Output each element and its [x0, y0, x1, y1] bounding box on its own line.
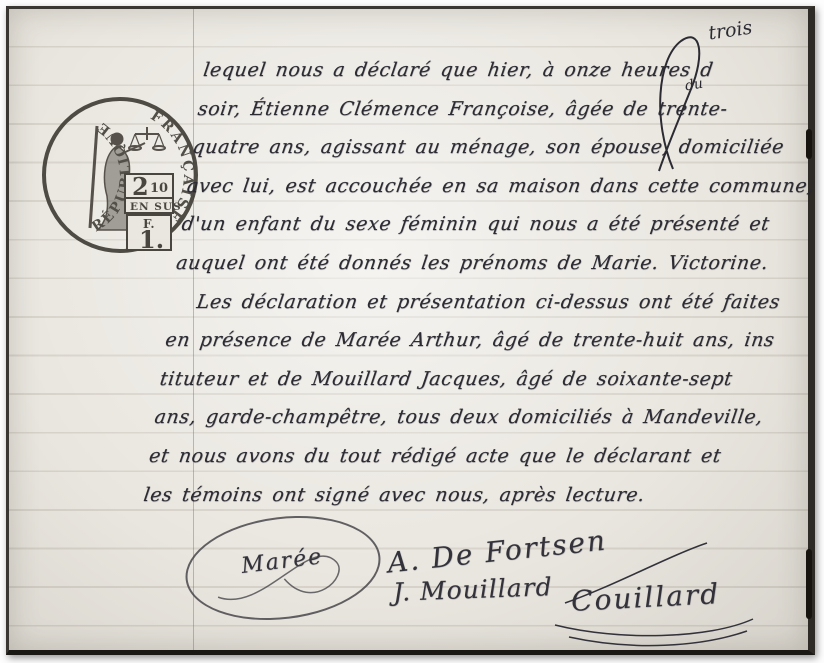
stamp-rate-label: EN SUS — [130, 201, 182, 213]
couillard-underline-flourish — [549, 613, 763, 651]
signature-couillard: Couillard — [570, 577, 721, 618]
manuscript-line: tituteur et de Mouillard Jacques, âgé de… — [156, 368, 761, 407]
signature-mouillard: J. Mouillard — [393, 572, 553, 607]
manuscript-line: Les déclaration et présentation ci-dessu… — [167, 291, 772, 330]
stamp-rate-big: 2 — [132, 172, 149, 201]
manuscript-line: ans, garde-champêtre, tous deux domicili… — [151, 406, 756, 445]
stamp-rate-small: 10 — [150, 181, 168, 196]
stamp-value: 1. — [139, 225, 164, 254]
manuscript-line: quatre ans, agissant au ménage, son épou… — [189, 136, 794, 175]
manuscript-line: auquel ont été donnés les prénoms de Mar… — [172, 252, 777, 291]
signature-officer: A. De Fortsen — [386, 524, 609, 580]
scanned-register-image: RÉPUBLIQUE FRANÇAISE — [0, 0, 824, 663]
manuscript-line: d'un enfant du sexe féminin qui nous a é… — [178, 213, 783, 252]
manuscript-body: lequel nous a déclaré que hier, à onze h… — [140, 59, 805, 522]
signature-maree: Marée — [185, 537, 379, 585]
scanned-page: RÉPUBLIQUE FRANÇAISE — [6, 6, 815, 655]
manuscript-line: soir, Étienne Clémence Françoise, âgée d… — [194, 98, 799, 137]
margin-note: trois — [707, 17, 754, 45]
binding-edge-mark — [806, 549, 812, 619]
manuscript-line: lequel nous a déclaré que hier, à onze h… — [200, 59, 805, 98]
scales-icon — [129, 127, 165, 150]
stamp-value-box: F. 1. — [127, 215, 171, 254]
stamp-rate-box: 2 10 EN SUS — [125, 172, 182, 213]
signature-oval-paraph: Marée — [180, 505, 387, 630]
manuscript-line: les témoins ont signé avec nous, après l… — [140, 484, 745, 523]
manuscript-line: et nous avons du tout rédigé acte que le… — [145, 445, 750, 484]
manuscript-line: en présence de Marée Arthur, âgé de tren… — [162, 329, 767, 368]
manuscript-line: avec lui, est accouchée en sa maison dan… — [183, 175, 788, 214]
binding-edge-mark — [806, 129, 812, 159]
